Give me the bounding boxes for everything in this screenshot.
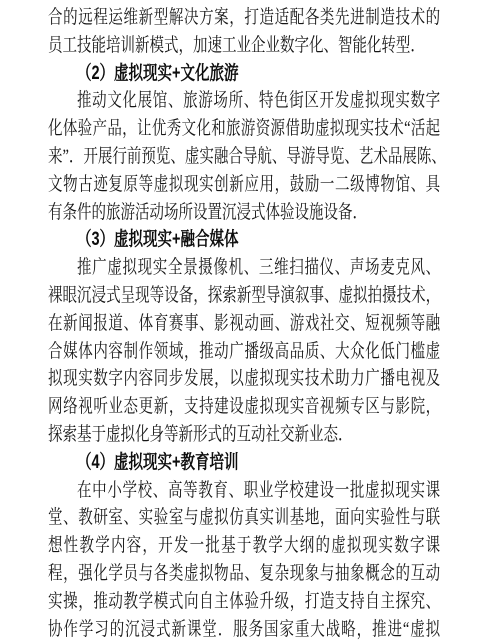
text-column: 合的远程运维新型解决方案，打造适配各类先进制造技术的 员工技能培训新模式，加速工…: [48, 4, 440, 643]
text-line: 拟现实数字内容同步发展，以虚拟现实技术助力广播电视及: [48, 365, 440, 393]
text-line: 堂、教研室、实验室与虚拟仿真实训基地，面向实验性与联: [48, 504, 440, 532]
section-heading-converged-media: （3）虚拟现实+融合媒体: [48, 226, 440, 254]
text-line: 员工技能培训新模式，加速工业企业数字化、智能化转型．: [48, 32, 440, 60]
text-line: 来”．开展行前预览、虚实融合导航、导游导览、艺术品展陈、: [48, 143, 440, 171]
text-line: 合的远程运维新型解决方案，打造适配各类先进制造技术的: [48, 4, 440, 32]
section-heading-culture-tourism: （2）虚拟现实+文化旅游: [48, 60, 440, 88]
text-line: 协作学习的沉浸式新课堂．服务国家重大战略，推进“虚拟: [48, 616, 440, 643]
text-line: 推动文化展馆、旅游场所、特色街区开发虚拟现实数字: [48, 87, 440, 115]
text-line: 网络视听业态更新，支持建设虚拟现实音视频专区与影院，: [48, 393, 440, 421]
text-line: 程，强化学员与各类虚拟物品、复杂现象与抽象概念的互动: [48, 560, 440, 588]
text-line: 裸眼沉浸式呈现等设备，探索新型导演叙事、虚拟拍摄技术，: [48, 282, 440, 310]
text-line: 合媒体内容制作领域，推动广播级高品质、大众化低门槛虚: [48, 338, 440, 366]
text-line: 在中小学校、高等教育、职业学校建设一批虚拟现实课: [48, 477, 440, 505]
text-line: 有条件的旅游活动场所设置沉浸式体验设施设备．: [48, 199, 440, 227]
text-line: 探索基于虚拟化身等新形式的互动社交新业态．: [48, 421, 440, 449]
document-page: 合的远程运维新型解决方案，打造适配各类先进制造技术的 员工技能培训新模式，加速工…: [0, 0, 488, 643]
text-line: 推广虚拟现实全景摄像机、三维扫描仪、声场麦克风、: [48, 254, 440, 282]
section-heading-education-training: （4）虚拟现实+教育培训: [48, 449, 440, 477]
text-line: 在新闻报道、体育赛事、影视动画、游戏社交、短视频等融: [48, 310, 440, 338]
text-line: 文物古迹复原等虚拟现实创新应用，鼓励一二级博物馆、具: [48, 171, 440, 199]
text-line: 实操，推动教学模式向自主体验升级，打造支持自主探究、: [48, 588, 440, 616]
text-line: 想性教学内容，开发一批基于教学大纲的虚拟现实数字课: [48, 532, 440, 560]
text-line: 化体验产品，让优秀文化和旅游资源借助虚拟现实技术“活起: [48, 115, 440, 143]
